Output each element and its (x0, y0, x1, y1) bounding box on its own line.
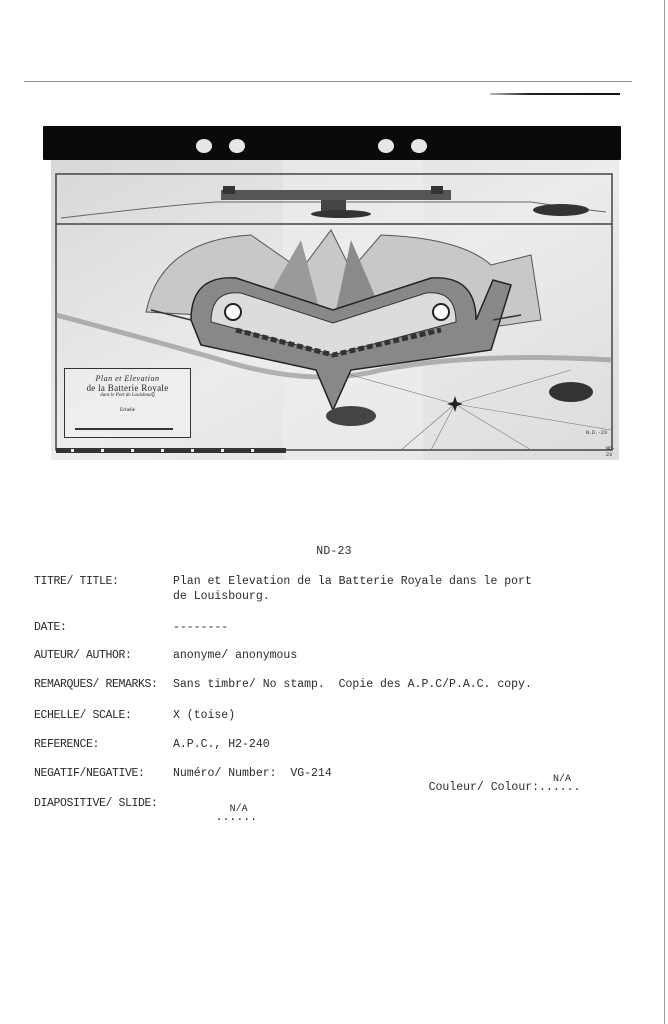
field-value: Numéro/ Number: VG-214 (173, 767, 332, 781)
cartouche-line-2: de la Batterie Royale (65, 383, 190, 393)
short-rule (490, 93, 620, 95)
map-sheet: Plan et Elevation de la Batterie Royale … (51, 160, 619, 460)
field-value-line2: de Louisbourg. (173, 590, 270, 604)
map-photograph: Plan et Elevation de la Batterie Royale … (43, 126, 623, 464)
field-label: REFERENCE: (34, 738, 99, 752)
film-hole (378, 139, 394, 153)
top-rule (24, 81, 632, 82)
cartouche-scale-label: Echelle (65, 408, 190, 413)
field-label: NEGATIF/NEGATIVE: (34, 767, 145, 781)
cartouche-line-3: dans le Port de Louisbourg (65, 393, 190, 398)
field-value: A.P.C., H2-240 (173, 738, 270, 752)
field-label: REMARQUES/ REMARKS: (34, 678, 158, 692)
colour-annotation: N/A (553, 773, 571, 787)
slide-annotation: N/A (230, 803, 248, 817)
field-label: AUTEUR/ AUTHOR: (34, 649, 132, 663)
film-hole (411, 139, 427, 153)
field-value: -------- (173, 621, 228, 635)
scale-bar (75, 428, 173, 430)
field-value: Sans timbre/ No stamp. Copie des A.P.C/P… (173, 678, 532, 692)
field-value-wrap: ......N/A (188, 797, 257, 839)
field-label: TITRE/ TITLE: (34, 575, 119, 589)
field-value: Plan et Elevation de la Batterie Royale … (173, 575, 532, 589)
field-label: ECHELLE/ SCALE: (34, 709, 132, 723)
map-cartouche: Plan et Elevation de la Batterie Royale … (64, 368, 191, 438)
field-label: DIAPOSITIVE/ SLIDE: (34, 797, 158, 811)
film-strip (43, 126, 621, 160)
page-edge-line (664, 0, 665, 1024)
film-hole (229, 139, 245, 153)
map-ref-mark-2: ND-23 (606, 446, 619, 458)
colour-field: Couleur/ Colour:......N/A (401, 767, 580, 809)
field-value: anonyme/ anonymous (173, 649, 297, 663)
map-ref-mark: N.D.-23 (586, 430, 607, 436)
field-label: DATE: (34, 621, 67, 635)
film-hole (196, 139, 212, 153)
field-value: X (toise) (173, 709, 235, 723)
cartouche-line-1: Plan et Elevation (65, 374, 190, 383)
document-id: ND-23 (0, 545, 668, 558)
colour-label: Couleur/ Colour: (429, 781, 539, 794)
